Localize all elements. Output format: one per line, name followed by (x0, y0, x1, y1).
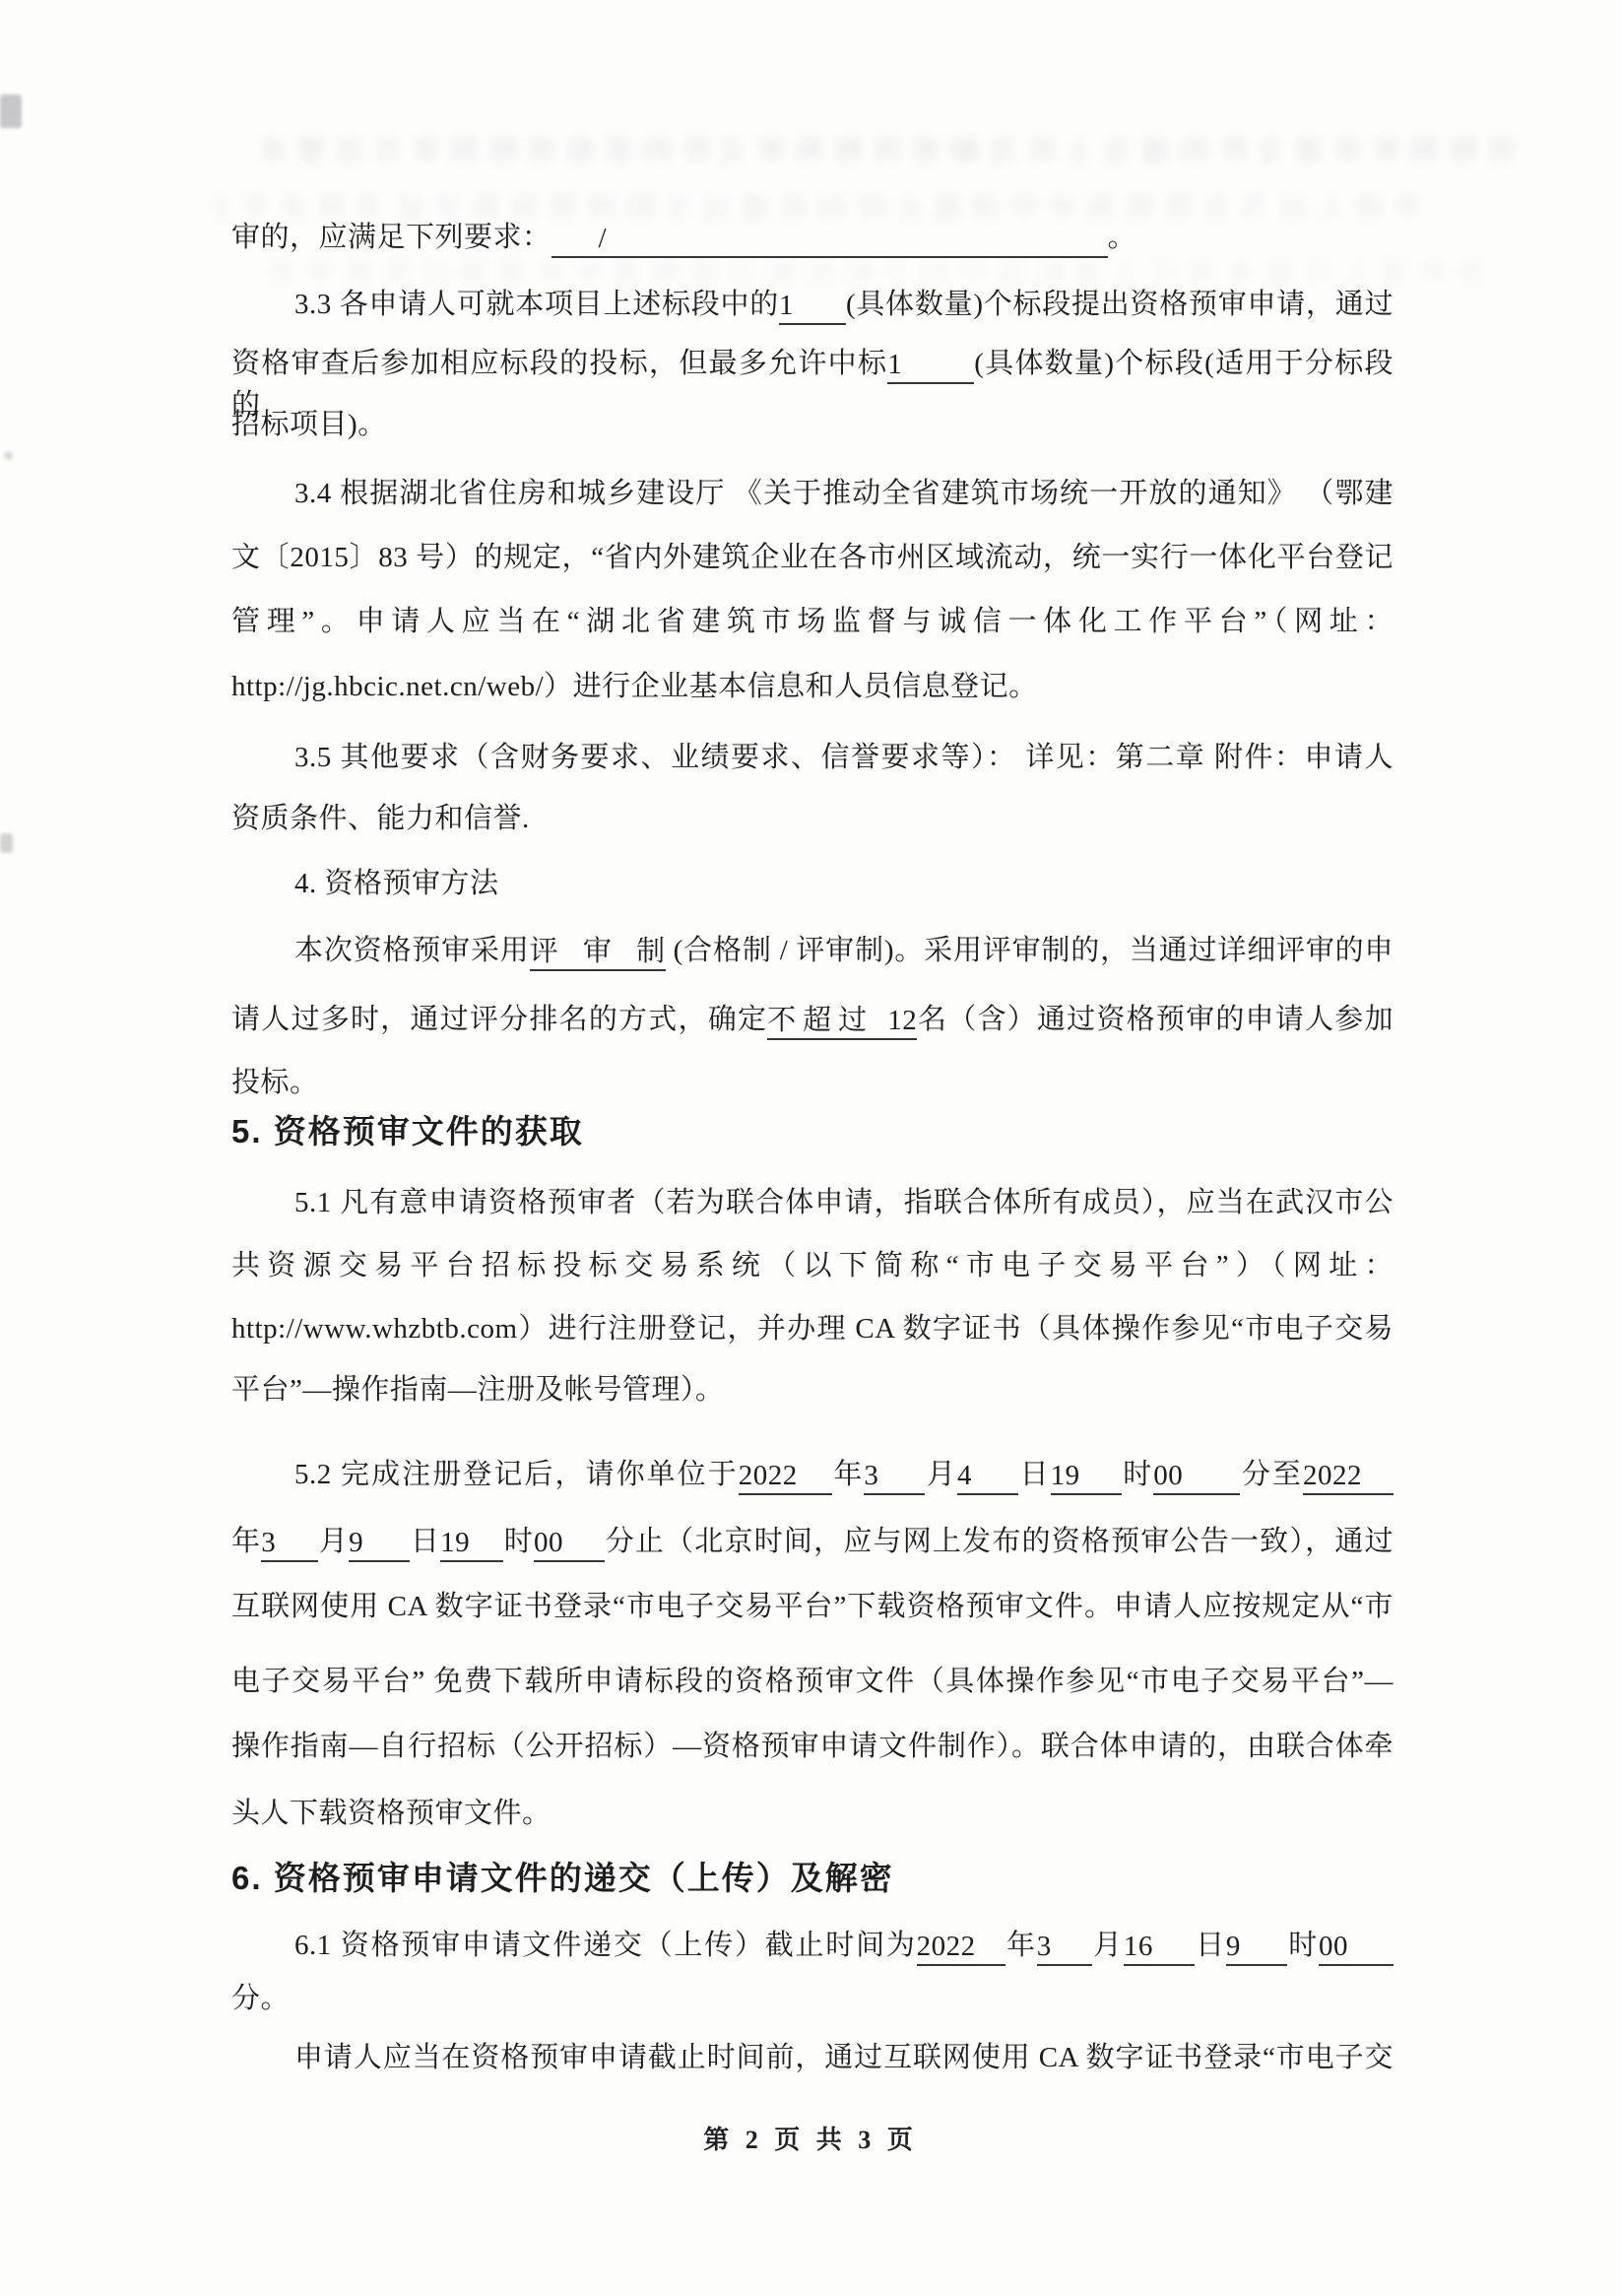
text-line: 3.4 根据湖北省住房和城乡建设厅 《关于推动全省建筑市场统一开放的通知》 （鄂… (231, 473, 1394, 514)
text-segment: 时 (1122, 1459, 1154, 1490)
fill-in-blank: 00 (1319, 1927, 1394, 1966)
text-segment: 5.1 凡有意申请资格预审者（若为联合体申请，指联合体所有成员），应当在武汉市公 (294, 1187, 1394, 1218)
text-segment: 本次资格预审采用 (294, 935, 530, 966)
text-segment: 年 (1005, 1930, 1037, 1961)
text-line: 文〔2015〕83 号）的规定，“省内外建筑企业在各市州区域流动，统一实行一体化… (231, 537, 1394, 578)
text-segment: 管理”。申请人应当在“湖北省建筑市场监督与诚信一体化工作平台”（网址： (231, 606, 1394, 637)
fill-in-blank: 3 (1037, 1927, 1092, 1966)
text-line: 管理”。申请人应当在“湖北省建筑市场监督与诚信一体化工作平台”（网址： (231, 601, 1394, 642)
section-heading: 5. 资格预审文件的获取 (231, 1111, 1394, 1152)
text-line: 审的，应满足下列要求：/。 (231, 217, 1394, 258)
text-line: 本次资格预审采用评审制 (合格制 / 评审制)。采用评审制的，当通过详细评审的申 (231, 930, 1394, 971)
text-line: 3.3 各申请人可就本项目上述标段中的1(具体数量)个标段提出资格预审申请，通过 (231, 284, 1394, 325)
scan-speck (0, 833, 13, 853)
text-segment: 请人过多时，通过评分排名的方式，确定 (231, 1004, 767, 1035)
text-segment: http://www.whzbtb.com）进行注册登记，并办理 CA 数字证书… (231, 1313, 1394, 1345)
fill-in-blank: 3 (261, 1523, 318, 1562)
text-segment: 申请人应当在资格预审申请截止时间前，通过互联网使用 CA 数字证书登录“市电子交 (294, 2042, 1394, 2073)
bleedthrough-artifact: 资格预审申请文件的递交上传及解密资格预审文件的获取资格预审方法要求 (138, 126, 1517, 169)
text-line: 头人下载资格预审文件。 (231, 1793, 1394, 1834)
text-segment: 分。 (231, 1983, 290, 2014)
fill-in-blank: 00 (534, 1523, 605, 1562)
text-segment: 名（含）通过资格预审的申请人参加 (917, 1004, 1394, 1035)
text-segment: 资格审查后参加相应标段的投标，但最多允许中标 (231, 348, 887, 379)
text-segment: 年 (231, 1526, 261, 1557)
fill-in-blank: 9 (1226, 1927, 1287, 1966)
text-line: 分。 (231, 1978, 1394, 2019)
fill-in-blank: 1 (779, 286, 846, 325)
text-segment: 5.2 完成注册登记后，请你单位于 (294, 1459, 739, 1490)
text-line: 4. 资格预审方法 (231, 863, 1394, 904)
text-segment: 5. 资格预审文件的获取 (231, 1113, 584, 1149)
fill-in-blank: 2022 (1303, 1456, 1394, 1495)
text-segment: (具体数量)个标段提出资格预审申请，通过 (846, 289, 1394, 320)
text-line: 资质条件、能力和信誉. (231, 798, 1394, 839)
section-heading: 6. 资格预审申请文件的递交（上传）及解密 (231, 1858, 1394, 1899)
text-segment: 分至 (1240, 1459, 1303, 1490)
fill-in-blank: 3 (864, 1456, 925, 1495)
text-line: 申请人应当在资格预审申请截止时间前，通过互联网使用 CA 数字证书登录“市电子交 (231, 2037, 1394, 2078)
text-line: http://www.whzbtb.com）进行注册登记，并办理 CA 数字证书… (231, 1308, 1394, 1349)
text-segment: 投标。 (231, 1067, 319, 1098)
text-line: 电子交易平台” 免费下载所申请标段的资格预审文件（具体操作参见“市电子交易平台”… (231, 1661, 1394, 1702)
text-line: 互联网使用 CA 数字证书登录“市电子交易平台”下载资格预审文件。申请人应按规定… (231, 1586, 1394, 1627)
scan-speck (4, 451, 13, 460)
fill-in-blank: 1 (887, 345, 974, 384)
fill-in-blank: 19 (1051, 1456, 1122, 1495)
text-line: 年3月9日19时00分止（北京时间，应与网上发布的资格预审公告一致），通过 (231, 1521, 1394, 1562)
fill-in-blank: 2022 (917, 1927, 1005, 1966)
text-segment: 6. 资格预审申请文件的递交（上传）及解密 (231, 1860, 894, 1896)
fill-in-blank: / (551, 219, 1108, 258)
text-line: 平台”—操作指南—注册及帐号管理）。 (231, 1369, 1394, 1410)
text-line: 6.1 资格预审申请文件递交（上传）截止时间为2022年3月16日9时00 (231, 1925, 1394, 1966)
fill-in-blank: 9 (349, 1523, 410, 1562)
fill-in-blank: 2022 (739, 1456, 832, 1495)
text-segment: 分止（北京时间，应与网上发布的资格预审公告一致），通过 (605, 1526, 1394, 1557)
text-line: 投标。 (231, 1062, 1394, 1103)
text-segment: 审的，应满足下列要求： (231, 222, 551, 253)
text-segment: 。 (1108, 222, 1137, 253)
text-segment: 6.1 资格预审申请文件递交（上传）截止时间为 (294, 1930, 917, 1961)
text-segment: 日 (1195, 1930, 1226, 1961)
fill-in-blank: 4 (957, 1456, 1018, 1495)
text-line: 招标项目)。 (231, 404, 1394, 445)
text-line: 操作指南—自行招标（公开招标）—资格预审申请文件制作）。联合体申请的，由联合体牵 (231, 1726, 1394, 1767)
fill-in-blank: 16 (1124, 1927, 1195, 1966)
text-line: 3.5 其他要求（含财务要求、业绩要求、信誉要求等）： 详见：第二章 附件：申请… (231, 737, 1394, 778)
text-segment: 时 (503, 1526, 534, 1557)
text-line: 共资源交易平台招标投标交易系统（以下简称“市电子交易平台”）（网址： (231, 1245, 1394, 1286)
fill-in-blank: 19 (440, 1523, 503, 1562)
text-line: 5.2 完成注册登记后，请你单位于2022年3月4日19时00分至2022 (231, 1454, 1394, 1495)
text-segment: 3.4 根据湖北省住房和城乡建设厅 《关于推动全省建筑市场统一开放的通知》 （鄂… (294, 478, 1394, 509)
text-segment: 文〔2015〕83 号）的规定，“省内外建筑企业在各市州区域流动，统一实行一体化… (231, 542, 1394, 573)
text-segment: 共资源交易平台招标投标交易系统（以下简称“市电子交易平台”）（网址： (231, 1250, 1394, 1281)
text-line: 请人过多时，通过评分排名的方式，确定不超过 12名（含）通过资格预审的申请人参加 (231, 999, 1394, 1040)
text-segment: 月 (1092, 1930, 1124, 1961)
document-page: 资格预审申请文件的递交上传及解密资格预审文件的获取资格预审方法要求 申请人应当在… (0, 0, 1621, 2296)
scan-speck (0, 95, 22, 128)
text-segment: 3.5 其他要求（含财务要求、业绩要求、信誉要求等）： 详见：第二章 附件：申请… (294, 742, 1394, 773)
text-segment: 月 (925, 1459, 957, 1490)
text-segment: 4. 资格预审方法 (294, 868, 499, 899)
text-segment: 日 (1018, 1459, 1051, 1490)
text-segment: (合格制 / 评审制)。采用评审制的，当通过详细评审的申 (666, 935, 1394, 966)
text-segment: 电子交易平台” 免费下载所申请标段的资格预审文件（具体操作参见“市电子交易平台”… (231, 1666, 1394, 1697)
text-segment: http://jg.hbcic.net.cn/web/）进行企业基本信息和人员信… (231, 671, 1038, 702)
text-segment: 招标项目)。 (231, 409, 387, 440)
text-segment: 头人下载资格预审文件。 (231, 1798, 551, 1829)
text-segment: 互联网使用 CA 数字证书登录“市电子交易平台”下载资格预审文件。申请人应按规定… (231, 1591, 1394, 1622)
fill-in-blank: 评审制 (530, 932, 666, 971)
text-segment: 操作指南—自行招标（公开招标）—资格预审申请文件制作）。联合体申请的，由联合体牵 (231, 1731, 1394, 1762)
fill-in-blank: 不超过 12 (767, 1001, 917, 1040)
text-segment: 年 (832, 1459, 865, 1490)
text-segment: 平台”—操作指南—注册及帐号管理）。 (231, 1374, 724, 1406)
fill-in-blank: 00 (1153, 1456, 1240, 1495)
text-segment: 日 (410, 1526, 440, 1557)
text-segment: 3.3 各申请人可就本项目上述标段中的 (294, 289, 779, 320)
page-number-footer: 第 2 页 共 3 页 (0, 2120, 1621, 2156)
text-segment: 时 (1287, 1930, 1319, 1961)
text-segment: 资质条件、能力和信誉. (231, 803, 530, 834)
text-segment: 月 (318, 1526, 349, 1557)
text-line: 5.1 凡有意申请资格预审者（若为联合体申请，指联合体所有成员），应当在武汉市公 (231, 1182, 1394, 1223)
text-line: http://jg.hbcic.net.cn/web/）进行企业基本信息和人员信… (231, 666, 1394, 707)
